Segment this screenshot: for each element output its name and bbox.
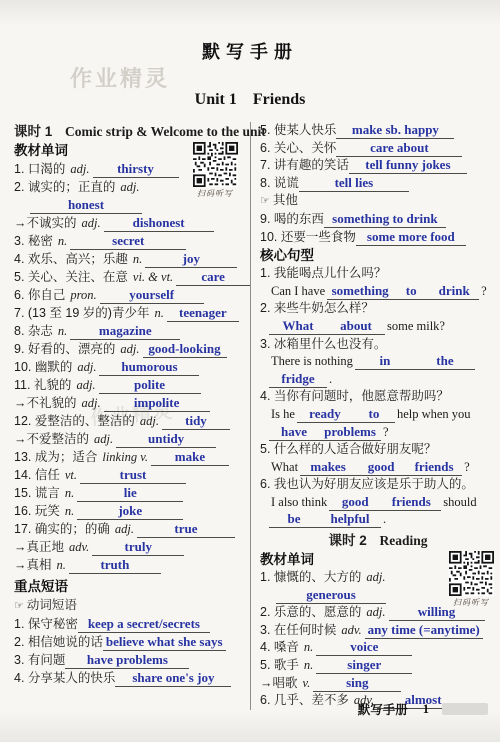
word-pos: adj. bbox=[76, 378, 95, 392]
word-answer-blank: humorous bbox=[99, 360, 199, 376]
word-chinese: 1. 慷慨的、大方的 bbox=[260, 570, 361, 584]
phrase-row: 2. 相信她说的话believe what she says bbox=[14, 633, 240, 651]
word-pos: adj. bbox=[366, 570, 385, 584]
column-left: 课时 1 Comic strip & Welcome to the unit 扫… bbox=[14, 122, 250, 710]
sentence-word: Is he bbox=[271, 407, 295, 421]
word-chinese: 6. 你自己 bbox=[14, 288, 65, 302]
word-chinese: 4. 嗓音 bbox=[260, 640, 299, 654]
word-row: 17. 确实的；的确adj.true bbox=[14, 520, 240, 538]
word-row: 15. 谎言n.lie bbox=[14, 484, 240, 502]
lesson-1-header: 课时 1 Comic strip & Welcome to the unit bbox=[14, 122, 240, 141]
pointer-icon: ☞ bbox=[260, 195, 270, 207]
word-answer-blank: willing bbox=[389, 605, 485, 621]
phrase-answer-blank: make sb. happy bbox=[336, 123, 454, 139]
word-chinese: 3. 在任何时候 bbox=[260, 623, 336, 637]
footer-book-title: 默写手册 bbox=[358, 700, 408, 718]
word-chinese: →不礼貌的 bbox=[14, 396, 77, 410]
sentence-word: ? bbox=[383, 425, 389, 439]
word-answer-blank: teenager bbox=[167, 306, 239, 322]
phrase-answer-blank: care about bbox=[336, 141, 462, 157]
phrase-answer-blank: have problems bbox=[65, 653, 189, 669]
phrase-chinese: 10. 还要一些食物 bbox=[260, 230, 356, 244]
word-pos: n. bbox=[154, 306, 163, 320]
sentence-english-line: Can I havesomethingtodrink? bbox=[260, 283, 496, 301]
sentence-answer-blank: What bbox=[269, 319, 327, 335]
sentence-word: What bbox=[271, 460, 298, 474]
sentence-word: ? bbox=[464, 460, 470, 474]
phrase-row: 5. 使某人快乐make sb. happy bbox=[260, 122, 496, 140]
sentence-english-line: Whataboutsome milk? bbox=[260, 318, 496, 336]
phrase-answer-blank: some more food bbox=[356, 230, 466, 246]
sentence-chinese: 3. 冰箱里什么也没有。 bbox=[260, 336, 496, 354]
word-answer-blank: true bbox=[137, 522, 235, 538]
word-answer-blank: sing bbox=[313, 676, 401, 692]
word-chinese: 13. 成为；适合 bbox=[14, 450, 97, 464]
phrase-chinese: 3. 有问题 bbox=[14, 653, 65, 667]
pointer-icon: ☞ bbox=[14, 600, 24, 612]
lesson-2-header: 课时 2 Reading bbox=[260, 531, 496, 550]
word-answer-blank: untidy bbox=[116, 432, 216, 448]
unit-title: Unit 1Friends bbox=[0, 91, 500, 109]
sentence-answer-blank: problems bbox=[319, 425, 381, 441]
other-phrases-label: ☞其他 bbox=[260, 192, 496, 211]
core-sentences-title: 核心句型 bbox=[260, 246, 496, 265]
word-pos: adj. bbox=[366, 605, 385, 619]
sentence-answer-blank: good bbox=[329, 495, 381, 511]
verb-phrases-text: 动词短语 bbox=[27, 598, 77, 612]
qr-caption: 扫码听写 bbox=[190, 188, 240, 199]
phrase-chinese: 6. 关心、关怀 bbox=[260, 141, 336, 155]
sentence-english-line: haveproblems? bbox=[260, 424, 496, 442]
sentence-answer-blank: good bbox=[356, 460, 406, 476]
sentence-answer-blank: drink bbox=[429, 284, 479, 300]
word-row: 14. 信任vt.trust bbox=[14, 466, 240, 484]
word-pos: n. bbox=[58, 324, 67, 338]
word-answer-blank: yourself bbox=[100, 288, 204, 304]
word-chinese: →真正地 bbox=[14, 540, 64, 554]
word-chinese: 4. 欢乐、高兴；乐趣 bbox=[14, 252, 128, 266]
word-chinese: 7. (13 至 19 岁的)青少年 bbox=[14, 306, 149, 320]
sentence-chinese: 4. 当你有问题时，他愿意帮助吗？ bbox=[260, 388, 496, 406]
sentence-word: help when you bbox=[397, 407, 471, 421]
phrase-answer-blank: share one's joy bbox=[115, 671, 231, 687]
word-pos: adj. bbox=[77, 360, 96, 374]
sentence-chinese: 6. 我也认为好朋友应该是乐于助人的。 bbox=[260, 476, 496, 494]
word-pos: adv. bbox=[341, 623, 361, 637]
qr-block-lesson-2: 扫码听写 bbox=[446, 551, 496, 608]
word-answer-blank: truth bbox=[69, 558, 161, 574]
word-answer-blank: thirsty bbox=[93, 162, 179, 178]
sentence-word: Can I have bbox=[271, 284, 325, 298]
sentence-english-line: There is nothinginthe bbox=[260, 353, 496, 371]
word-chinese: 3. 秘密 bbox=[14, 234, 53, 248]
phrase-row: 8. 说谎tell lies bbox=[260, 175, 496, 193]
phrase-row: 3. 有问题have problems bbox=[14, 651, 240, 669]
word-row: →不礼貌的adj.impolite bbox=[14, 394, 240, 412]
word-pos: adj. bbox=[120, 342, 139, 356]
word-chinese: 6. 几乎、差不多 bbox=[260, 693, 349, 707]
sentence-answer-blank: fridge bbox=[269, 372, 327, 388]
phrase-row: 4. 分享某人的快乐share one's joy bbox=[14, 669, 240, 687]
word-row: 5. 关心、关注、在意vi. & vt.care bbox=[14, 268, 240, 286]
word-row: 7. (13 至 19 岁的)青少年n.teenager bbox=[14, 304, 240, 322]
word-answer-blank: joke bbox=[77, 504, 183, 520]
word-pos: n. bbox=[65, 486, 74, 500]
word-chinese: 12. 爱整洁的、整洁的 bbox=[14, 414, 135, 428]
phrase-answer-blank: something to drink bbox=[324, 212, 446, 228]
word-pos: adj. bbox=[82, 396, 101, 410]
phrase-row: 6. 关心、关怀care about bbox=[260, 140, 496, 158]
word-answer-blank: honest bbox=[30, 198, 142, 214]
word-row: →唱歌v.sing bbox=[260, 675, 496, 693]
word-chinese: →唱歌 bbox=[260, 676, 298, 690]
word-pos: vi. & vt. bbox=[133, 270, 173, 284]
unit-label: Unit 1 bbox=[195, 91, 237, 108]
word-answer-blank: secret bbox=[70, 234, 186, 250]
sentence-word: . bbox=[383, 512, 386, 526]
word-row: →真正地adv.truly bbox=[14, 538, 240, 556]
sentence-word: . bbox=[329, 372, 332, 386]
word-row: 2. 乐意的、愿意的adj.willing bbox=[260, 604, 496, 622]
sentence-answer-blank: be bbox=[269, 512, 319, 528]
sentence-answer-blank: to bbox=[353, 407, 395, 423]
word-pos: n. bbox=[57, 558, 66, 572]
lesson-1-title: Comic strip & Welcome to the unit bbox=[65, 124, 266, 139]
sentence-answer-blank: friends bbox=[406, 460, 462, 476]
unit-name: Friends bbox=[253, 91, 305, 108]
word-chinese: 8. 杂志 bbox=[14, 324, 53, 338]
phrase-chinese: 5. 使某人快乐 bbox=[260, 123, 336, 137]
sentence-word: I also think bbox=[271, 495, 327, 509]
qr-code bbox=[193, 142, 238, 187]
word-pos: adj. bbox=[120, 180, 139, 194]
sentence-chinese: 5. 什么样的人适合做好朋友呢？ bbox=[260, 441, 496, 459]
word-row: 3. 在任何时候adv.any time (=anytime) bbox=[260, 622, 496, 640]
word-answer-blank: joy bbox=[145, 252, 237, 268]
word-pos: pron. bbox=[70, 288, 96, 302]
sentence-english-line: behelpful. bbox=[260, 511, 496, 529]
word-pos: adj. bbox=[94, 432, 113, 446]
word-answer-blank: lie bbox=[77, 486, 183, 502]
sentence-answer-blank: have bbox=[269, 425, 319, 441]
word-answer-blank: impolite bbox=[104, 396, 210, 412]
word-row: 11. 礼貌的adj.polite bbox=[14, 376, 240, 394]
sentence-answer-blank: about bbox=[327, 319, 385, 335]
word-answer-blank: magazine bbox=[70, 324, 180, 340]
footer-redaction bbox=[442, 703, 488, 715]
other-phrases-text: 其他 bbox=[273, 193, 298, 207]
footer-page-number: 1 bbox=[423, 702, 429, 717]
phrase-answer-blank: believe what she says bbox=[103, 635, 226, 651]
word-answer-blank: polite bbox=[99, 378, 201, 394]
phrase-chinese: 4. 分享某人的快乐 bbox=[14, 671, 115, 685]
word-chinese: 11. 礼貌的 bbox=[14, 378, 71, 392]
sentence-word: some milk? bbox=[387, 319, 445, 333]
word-row: 10. 幽默的adj.humorous bbox=[14, 358, 240, 376]
word-chinese: →真相 bbox=[14, 558, 52, 572]
phrase-row: 9. 喝的东西something to drink bbox=[260, 211, 496, 229]
phrase-row: 7. 讲有趣的笑话tell funny jokes bbox=[260, 157, 496, 175]
word-row: 3. 秘密n.secret bbox=[14, 232, 240, 250]
word-pos: adj. bbox=[140, 414, 159, 428]
sentence-answer-blank: ready bbox=[297, 407, 353, 423]
phrase-answer-blank: keep a secret/secrets bbox=[78, 617, 210, 633]
word-answer-blank: trust bbox=[80, 468, 186, 484]
sentence-english-line: fridge. bbox=[260, 371, 496, 389]
word-row: 16. 玩笑n.joke bbox=[14, 502, 240, 520]
word-pos: adv. bbox=[69, 540, 89, 554]
word-row: →不诚实的adj.dishonest bbox=[14, 214, 240, 232]
sentence-answer-blank: in bbox=[355, 354, 415, 370]
word-pos: n. bbox=[304, 658, 313, 672]
verb-phrases-label: ☞动词短语 bbox=[14, 596, 240, 615]
lesson-1-label: 课时 1 bbox=[14, 124, 52, 139]
watermark: 作业精灵 bbox=[70, 62, 170, 93]
sentence-answer-blank: something bbox=[327, 284, 393, 300]
sentence-word: ? bbox=[481, 284, 487, 298]
word-chinese: 1. 口渴的 bbox=[14, 162, 65, 176]
word-answer-blank: any time (=anytime) bbox=[365, 623, 483, 639]
word-chinese: 15. 谎言 bbox=[14, 486, 60, 500]
word-chinese: 5. 歌手 bbox=[260, 658, 299, 672]
word-row: 4. 欢乐、高兴；乐趣n.joy bbox=[14, 250, 240, 268]
lesson-2-title: Reading bbox=[380, 533, 428, 548]
qr-block-lesson-1: 扫码听写 bbox=[190, 142, 240, 199]
sentence-word: There is nothing bbox=[271, 354, 353, 368]
qr-code bbox=[449, 551, 494, 596]
word-row: 13. 成为；适合linking v.make bbox=[14, 448, 240, 466]
phrase-chinese: 2. 相信她说的话 bbox=[14, 635, 103, 649]
word-pos: n. bbox=[65, 504, 74, 518]
sentence-answer-blank: the bbox=[415, 354, 475, 370]
word-answer-blank: care bbox=[176, 270, 250, 286]
word-pos: n. bbox=[58, 234, 67, 248]
phrase-row: 10. 还要一些食物some more food bbox=[260, 229, 496, 247]
phrase-chinese: 8. 说谎 bbox=[260, 176, 299, 190]
sentence-answer-blank: makes bbox=[300, 460, 356, 476]
content-columns: 课时 1 Comic strip & Welcome to the unit 扫… bbox=[0, 122, 500, 710]
phrase-chinese: 1. 保守秘密 bbox=[14, 617, 78, 631]
word-row: 12. 爱整洁的、整洁的adj.tidy bbox=[14, 412, 240, 430]
word-answer-blank: voice bbox=[316, 640, 412, 656]
word-row: 8. 杂志n.magazine bbox=[14, 322, 240, 340]
word-pos: linking v. bbox=[102, 450, 148, 464]
phrase-chinese: 7. 讲有趣的笑话 bbox=[260, 158, 349, 172]
lesson-2-label: 课时 2 bbox=[328, 533, 366, 548]
word-row: 4. 嗓音n.voice bbox=[260, 639, 496, 657]
word-chinese: 5. 关心、关注、在意 bbox=[14, 270, 128, 284]
word-chinese: →不诚实的 bbox=[14, 216, 77, 230]
word-answer-blank: tidy bbox=[162, 414, 230, 430]
page-title: 默写手册 bbox=[0, 0, 500, 64]
word-pos: n. bbox=[304, 640, 313, 654]
word-chinese: 2. 乐意的、愿意的 bbox=[260, 605, 361, 619]
sentence-english-line: I also thinkgoodfriendsshould bbox=[260, 494, 496, 512]
word-chinese: 17. 确实的；的确 bbox=[14, 522, 110, 536]
word-answer-blank: dishonest bbox=[104, 216, 214, 232]
word-answer-blank: good-looking bbox=[143, 342, 227, 358]
phrase-row: 1. 保守秘密keep a secret/secrets bbox=[14, 615, 240, 633]
word-answer-blank: singer bbox=[316, 658, 412, 674]
sentence-answer-blank: friends bbox=[381, 495, 441, 511]
phrase-chinese: 9. 喝的东西 bbox=[260, 212, 324, 226]
key-phrases-title: 重点短语 bbox=[14, 577, 240, 596]
word-pos: n. bbox=[133, 252, 142, 266]
word-chinese: 2. 诚实的；正直的 bbox=[14, 180, 115, 194]
word-chinese: 16. 玩笑 bbox=[14, 504, 60, 518]
word-chinese: →不爱整洁的 bbox=[14, 432, 89, 446]
sentence-chinese: 1. 我能喝点儿什么吗？ bbox=[260, 265, 496, 283]
word-answer-blank: truly bbox=[92, 540, 184, 556]
word-pos: adj. bbox=[82, 216, 101, 230]
word-chinese: 14. 信任 bbox=[14, 468, 60, 482]
footer: 默写手册 1 bbox=[358, 700, 488, 718]
word-row: →不爱整洁的adj.untidy bbox=[14, 430, 240, 448]
word-chinese: 10. 幽默的 bbox=[14, 360, 72, 374]
sentence-word: should bbox=[443, 495, 476, 509]
word-row: →真相n.truth bbox=[14, 556, 240, 574]
sentence-answer-blank: helpful bbox=[319, 512, 381, 528]
word-row: 9. 好看的、漂亮的adj.good-looking bbox=[14, 340, 240, 358]
word-answer-blank: make bbox=[151, 450, 229, 466]
word-pos: adj. bbox=[115, 522, 134, 536]
phrase-answer-blank: tell lies bbox=[299, 176, 409, 192]
sentence-english-line: Whatmakesgoodfriends? bbox=[260, 459, 496, 477]
word-row: 6. 你自己pron.yourself bbox=[14, 286, 240, 304]
word-pos: v. bbox=[303, 676, 311, 690]
sentence-answer-blank: to bbox=[393, 284, 429, 300]
word-row: 5. 歌手n.singer bbox=[260, 657, 496, 675]
phrase-answer-blank: tell funny jokes bbox=[349, 158, 467, 174]
sentence-chinese: 2. 来些牛奶怎么样？ bbox=[260, 300, 496, 318]
word-pos: adj. bbox=[70, 162, 89, 176]
column-right: 5. 使某人快乐make sb. happy 6. 关心、关怀care abou… bbox=[250, 122, 500, 710]
word-answer-blank: generous bbox=[276, 588, 386, 604]
sentence-english-line: Is hereadytohelp when you bbox=[260, 406, 496, 424]
word-chinese: 9. 好看的、漂亮的 bbox=[14, 342, 115, 356]
word-pos: vt. bbox=[65, 468, 77, 482]
